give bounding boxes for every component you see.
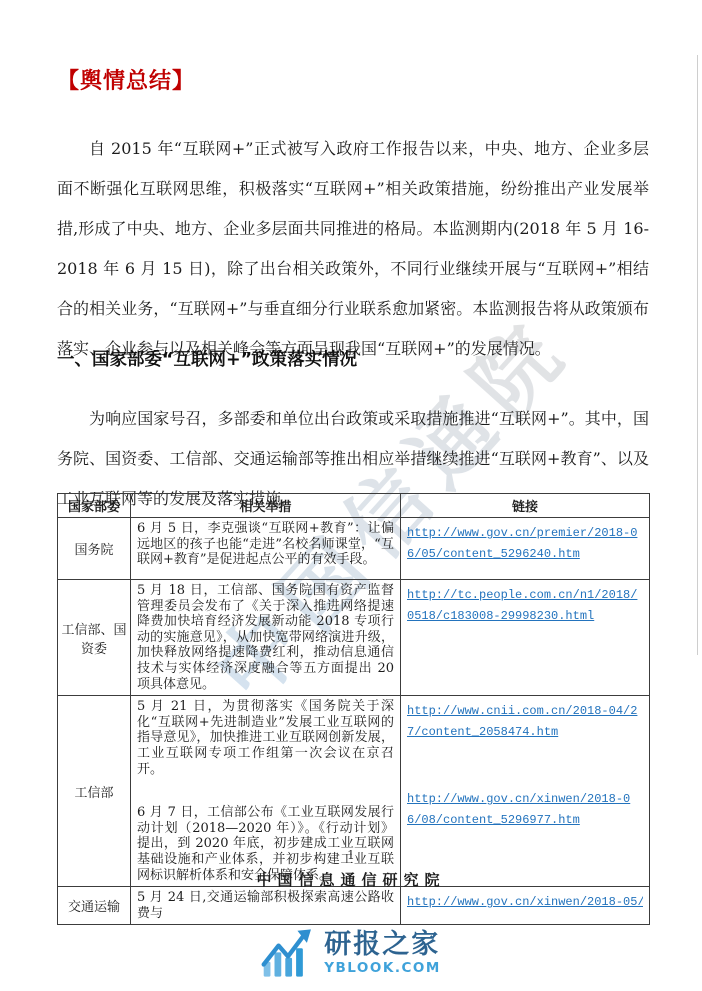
- page-number: 1: [0, 848, 702, 862]
- logo-domain[interactable]: YBLOOK.COM: [324, 961, 441, 975]
- footer-institute-name: 中国信息通信研究院: [0, 869, 702, 890]
- measure-text: 5 月 18 日，工信部、国务院国有资产监督管理委员会发布了《关于深入推进网络提…: [137, 583, 394, 692]
- measure-text: 5 月 21 日，为贯彻落实《国务院关于深化“互联网+先进制造业”发展工业互联网…: [137, 699, 394, 777]
- measures-cell: 6 月 5 日，李克强谈“互联网+教育”：让偏远地区的孩子也能“走进”名校名师课…: [131, 518, 401, 580]
- ministry-cell: 工信部、国资委: [58, 580, 131, 696]
- measures-cell: 5 月 18 日，工信部、国务院国有资产监督管理委员会发布了《关于深入推进网络提…: [131, 580, 401, 696]
- logo-text: 研报之家 YBLOOK.COM: [324, 931, 441, 976]
- col-header-ministry: 国家部委: [58, 494, 131, 518]
- col-header-measures: 相关举措: [131, 494, 401, 518]
- table-header-row: 国家部委 相关举措 链接: [58, 494, 650, 518]
- logo-name: 研报之家: [324, 931, 441, 959]
- hyperlink[interactable]: http://tc.people.com.cn/n1/2018/0518/c18…: [407, 585, 643, 627]
- measure-text: 6 月 5 日，李克强谈“互联网+教育”：让偏远地区的孩子也能“走进”名校名师课…: [137, 521, 394, 568]
- col-header-links: 链接: [401, 494, 650, 518]
- links-cell: http://tc.people.com.cn/n1/2018/0518/c18…: [401, 580, 650, 696]
- report-section-title: 【舆情总结】: [57, 64, 195, 95]
- hyperlink[interactable]: http://www.gov.cn/xinwen/2018-06/08/cont…: [407, 789, 643, 831]
- table-row: 国务院 6 月 5 日，李克强谈“互联网+教育”：让偏远地区的孩子也能“走进”名…: [58, 518, 650, 580]
- table-row: 工信部、国资委 5 月 18 日，工信部、国务院国有资产监督管理委员会发布了《关…: [58, 580, 650, 696]
- ministry-cell: 国务院: [58, 518, 131, 580]
- yblook-logo: 研报之家 YBLOOK.COM: [0, 924, 702, 982]
- summary-paragraph: 自 2015 年“互联网+”正式被写入政府工作报告以来，中央、地方、企业多层面不…: [57, 129, 649, 369]
- measure-text: 5 月 24 日,交通运输部积极探索高速公路收费与: [137, 890, 394, 921]
- chart-arrow-icon: [261, 924, 315, 982]
- links-cell: http://www.gov.cn/premier/2018-06/05/con…: [401, 518, 650, 580]
- hyperlink[interactable]: http://www.gov.cn/premier/2018-06/05/con…: [407, 523, 643, 565]
- section-1-heading: 一、国家部委“互联网+”政策落实情况: [57, 346, 357, 371]
- hyperlink[interactable]: http://www.gov.cn/xinwen/2018-05/2: [407, 892, 643, 913]
- measures-cell: 5 月 24 日,交通运输部积极探索高速公路收费与: [131, 887, 401, 925]
- hyperlink[interactable]: http://www.cnii.com.cn/2018-04/27/conten…: [407, 701, 643, 743]
- ministry-cell: 交通运输: [58, 887, 131, 925]
- table-row: 交通运输 5 月 24 日,交通运输部积极探索高速公路收费与 http://ww…: [58, 887, 650, 925]
- links-cell: http://www.gov.cn/xinwen/2018-05/2: [401, 887, 650, 925]
